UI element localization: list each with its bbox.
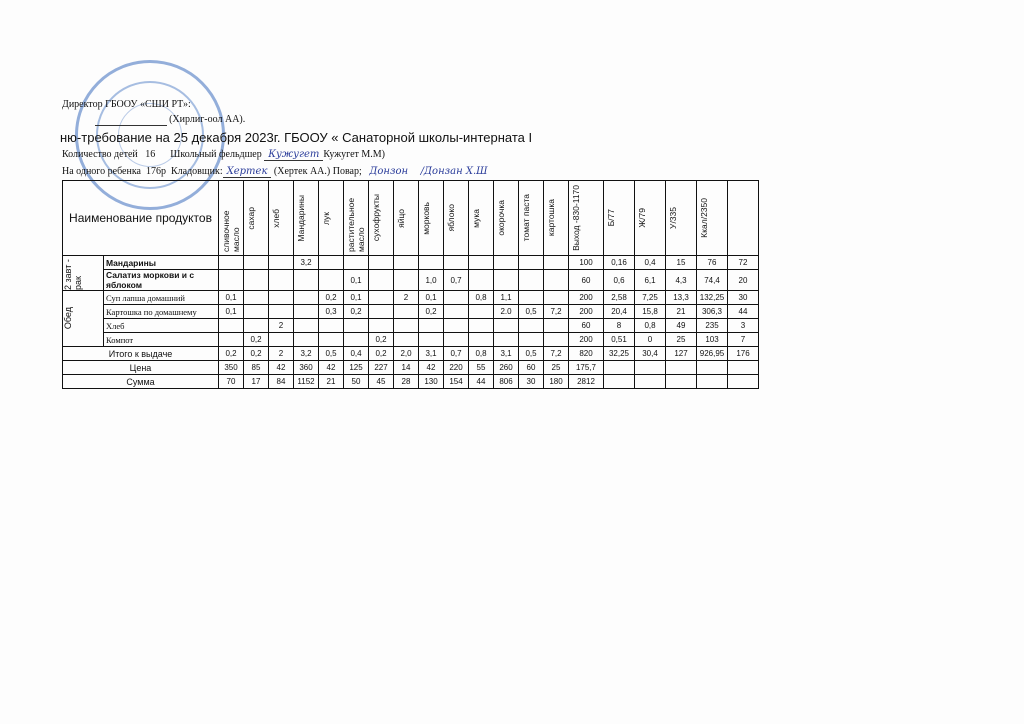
- column-header-label: окорочка: [496, 197, 506, 239]
- column-header: растительное масло: [344, 181, 369, 256]
- dish-name: Мандарины: [104, 256, 219, 270]
- cell-value: [369, 256, 394, 270]
- cell-value: [519, 319, 544, 333]
- cell-value: [244, 319, 269, 333]
- cell-value: [319, 333, 344, 347]
- cell-value: [469, 333, 494, 347]
- cell-value: 13,3: [666, 291, 697, 305]
- cell-value: 3,1: [419, 347, 444, 361]
- cell-value: 175,7: [569, 361, 604, 375]
- cell-value: 21: [666, 305, 697, 319]
- cell-value: 7,2: [544, 305, 569, 319]
- cell-value: 154: [444, 375, 469, 389]
- cell-value: [294, 270, 319, 291]
- column-header-label: томат паста: [521, 191, 531, 244]
- column-header: Выход -830-1170: [569, 181, 604, 256]
- column-header-name: Наименование продуктов: [63, 181, 219, 256]
- cell-value: 1,1: [494, 291, 519, 305]
- director-name: (Хирлиг-оол АА).: [169, 114, 245, 125]
- cell-value: 60: [569, 270, 604, 291]
- cell-value: 132,25: [697, 291, 728, 305]
- column-header-label: яйцо: [396, 206, 406, 231]
- cell-value: [344, 256, 369, 270]
- cell-value: 180: [544, 375, 569, 389]
- cell-value: 360: [294, 361, 319, 375]
- cell-value: 7,2: [544, 347, 569, 361]
- cell-value: [494, 319, 519, 333]
- cell-value: 21: [319, 375, 344, 389]
- cell-value: [519, 333, 544, 347]
- cell-value: [294, 291, 319, 305]
- cell-value: 0,6: [604, 270, 635, 291]
- cell-value: 4,3: [666, 270, 697, 291]
- totals-label: Сумма: [63, 375, 219, 389]
- cell-value: 49: [666, 319, 697, 333]
- cell-value: 3,2: [294, 347, 319, 361]
- cell-value: 14: [394, 361, 419, 375]
- cell-value: 125: [344, 361, 369, 375]
- column-header: Ж/79: [635, 181, 666, 256]
- medic-label: Школьный фельдшер: [170, 149, 261, 160]
- cell-value: [269, 270, 294, 291]
- cell-value: 127: [666, 347, 697, 361]
- column-header: морковь: [419, 181, 444, 256]
- dish-name: Картошка по домашнему: [104, 305, 219, 319]
- cell-value: 0,1: [219, 291, 244, 305]
- column-header: лук: [319, 181, 344, 256]
- cell-value: 44: [728, 305, 759, 319]
- cell-value: 0,2: [344, 305, 369, 319]
- cell-value: 7: [728, 333, 759, 347]
- cell-value: 100: [569, 256, 604, 270]
- totals-row: Сумма70178411522150452813015444806301802…: [63, 375, 759, 389]
- cell-value: 70: [219, 375, 244, 389]
- cell-value: 2,58: [604, 291, 635, 305]
- cell-value: [444, 256, 469, 270]
- cell-value: [469, 270, 494, 291]
- medic-signature: Кужугет: [264, 149, 323, 161]
- cell-value: 0,16: [604, 256, 635, 270]
- column-header-label: сахар: [246, 204, 256, 233]
- cell-value: 103: [697, 333, 728, 347]
- cell-value: 0,5: [519, 305, 544, 319]
- director-signature-line: (Хирлиг-оол АА).: [95, 114, 245, 126]
- cell-value: 0,2: [369, 347, 394, 361]
- cell-value: [219, 256, 244, 270]
- cell-value: 130: [419, 375, 444, 389]
- cell-value: [319, 256, 344, 270]
- cell-value: 45: [369, 375, 394, 389]
- column-header-label: картошка: [546, 196, 556, 239]
- cell-value: [394, 256, 419, 270]
- children-line: Количество детей 16 Школьный фельдшер Ку…: [62, 149, 385, 161]
- cell-value: [219, 333, 244, 347]
- column-header: У/335: [666, 181, 697, 256]
- cell-value: 200: [569, 291, 604, 305]
- cell-value: [666, 375, 697, 389]
- column-header-label: лук: [321, 209, 331, 228]
- cell-value: [635, 361, 666, 375]
- meal-section-text: 2 завт - рак: [63, 256, 83, 290]
- cell-value: [444, 319, 469, 333]
- children-count: 16: [145, 149, 155, 160]
- cell-value: 176: [728, 347, 759, 361]
- cell-value: 76: [697, 256, 728, 270]
- cell-value: 42: [319, 361, 344, 375]
- cell-value: 0,2: [319, 291, 344, 305]
- storekeeper-name: (Хертек АА.) Повар;: [274, 166, 362, 177]
- column-header-label: сливочное масло: [221, 181, 241, 255]
- dish-name: Суп лапша домашний: [104, 291, 219, 305]
- column-header: хлеб: [269, 181, 294, 256]
- cell-value: 0,1: [219, 305, 244, 319]
- storekeeper-signature: Хертек: [223, 166, 272, 178]
- cell-value: [319, 319, 344, 333]
- column-header: сахар: [244, 181, 269, 256]
- column-header-label: У/335: [668, 204, 678, 232]
- cook-name-signature: /Донзан Х.Ш: [421, 166, 488, 177]
- cell-value: 1152: [294, 375, 319, 389]
- column-header: окорочка: [494, 181, 519, 256]
- cell-value: [544, 319, 569, 333]
- cell-value: 25: [666, 333, 697, 347]
- table-row: ОбедСуп лапша домашний0,10,20,120,10,81,…: [63, 291, 759, 305]
- cell-value: 2,0: [394, 347, 419, 361]
- cell-value: 42: [269, 361, 294, 375]
- per-child-value: 176р: [146, 166, 166, 177]
- cell-value: 20,4: [604, 305, 635, 319]
- cell-value: [519, 256, 544, 270]
- cell-value: 60: [519, 361, 544, 375]
- cell-value: [697, 375, 728, 389]
- cell-value: [394, 319, 419, 333]
- column-header-label: сухофрукты: [371, 191, 381, 244]
- cell-value: [344, 319, 369, 333]
- cell-value: 260: [494, 361, 519, 375]
- cell-value: 0,1: [419, 291, 444, 305]
- director-line: Директор ГБООУ «СШИ РТ»:: [62, 99, 191, 110]
- cell-value: 3,1: [494, 347, 519, 361]
- column-header: картошка: [544, 181, 569, 256]
- column-header: Б/77: [604, 181, 635, 256]
- column-header: Мандарины: [294, 181, 319, 256]
- cell-value: 200: [569, 305, 604, 319]
- director-label: Директор ГБООУ «СШИ РТ»:: [62, 99, 191, 110]
- cell-value: [494, 333, 519, 347]
- cell-value: 85: [244, 361, 269, 375]
- dish-name: Салатиз моркови и с яблоком: [104, 270, 219, 291]
- cell-value: [269, 291, 294, 305]
- column-header: сухофрукты: [369, 181, 394, 256]
- cell-value: 2812: [569, 375, 604, 389]
- table-row: Компот0,20,22000,510251037: [63, 333, 759, 347]
- cell-value: 30: [728, 291, 759, 305]
- cell-value: 6,1: [635, 270, 666, 291]
- cell-value: 32,25: [604, 347, 635, 361]
- cell-value: [369, 305, 394, 319]
- cell-value: 0,5: [319, 347, 344, 361]
- cell-value: 42: [419, 361, 444, 375]
- cell-value: 0,8: [635, 319, 666, 333]
- table-header-row: Наименование продуктов сливочное маслоса…: [63, 181, 759, 256]
- cell-value: [728, 375, 759, 389]
- cell-value: 25: [544, 361, 569, 375]
- cell-value: [244, 305, 269, 319]
- cell-value: [394, 305, 419, 319]
- cell-value: [269, 305, 294, 319]
- cell-value: [394, 270, 419, 291]
- cell-value: 30: [519, 375, 544, 389]
- cell-value: 15: [666, 256, 697, 270]
- cell-value: [544, 270, 569, 291]
- cell-value: 0,4: [344, 347, 369, 361]
- cell-value: [444, 291, 469, 305]
- per-child-label: На одного ребенка: [62, 166, 141, 177]
- totals-label: Цена: [63, 361, 219, 375]
- totals-row: Итого к выдаче0,20,223,20,50,40,22,03,10…: [63, 347, 759, 361]
- cell-value: 3,2: [294, 256, 319, 270]
- cell-value: [244, 291, 269, 305]
- medic-name: Кужугет М.М): [323, 149, 385, 160]
- cell-value: 0: [635, 333, 666, 347]
- table-row: Картошка по домашнему0,10,30,20,22.00,57…: [63, 305, 759, 319]
- cell-value: 227: [369, 361, 394, 375]
- cell-value: 350: [219, 361, 244, 375]
- cell-value: 2.0: [494, 305, 519, 319]
- dish-name: Компот: [104, 333, 219, 347]
- document-title: ню-требование на 25 декабря 2023г. ГБООУ…: [60, 130, 532, 145]
- cell-value: 220: [444, 361, 469, 375]
- cell-value: 72: [728, 256, 759, 270]
- column-header-label: морковь: [421, 199, 431, 238]
- cell-value: 0,4: [635, 256, 666, 270]
- cell-value: [604, 361, 635, 375]
- cell-value: 30,4: [635, 347, 666, 361]
- cell-value: [544, 333, 569, 347]
- cell-value: [444, 305, 469, 319]
- cell-value: 235: [697, 319, 728, 333]
- cell-value: [294, 305, 319, 319]
- cell-value: [469, 256, 494, 270]
- totals-label: Итого к выдаче: [63, 347, 219, 361]
- cell-value: [244, 270, 269, 291]
- cell-value: 0,7: [444, 347, 469, 361]
- column-header: яйцо: [394, 181, 419, 256]
- meal-section-label: 2 завт - рак: [63, 256, 104, 291]
- storekeeper-label: Кладовщик:: [171, 166, 223, 177]
- cell-value: 0,2: [244, 333, 269, 347]
- cell-value: 20: [728, 270, 759, 291]
- column-header-label: Выход -830-1170: [571, 182, 581, 254]
- dish-name: Хлеб: [104, 319, 219, 333]
- cell-value: 0,3: [319, 305, 344, 319]
- cell-value: [219, 270, 244, 291]
- cell-value: 0,2: [219, 347, 244, 361]
- food-requirement-table: Наименование продуктов сливочное маслоса…: [62, 180, 759, 389]
- cell-value: [604, 375, 635, 389]
- column-header-label: Б/77: [606, 206, 616, 229]
- cell-value: [244, 256, 269, 270]
- column-header-label: Ккал/2350: [699, 195, 709, 241]
- column-header: томат паста: [519, 181, 544, 256]
- column-header-label: Ж/79: [637, 205, 647, 231]
- cell-value: [469, 319, 494, 333]
- cell-value: 28: [394, 375, 419, 389]
- cell-value: [469, 305, 494, 319]
- column-header-label: растительное масло: [346, 181, 366, 255]
- cell-value: 806: [494, 375, 519, 389]
- cell-value: [544, 256, 569, 270]
- column-header-label: мука: [471, 206, 481, 231]
- cell-value: [494, 270, 519, 291]
- cell-value: [269, 256, 294, 270]
- cell-value: 50: [344, 375, 369, 389]
- column-header: Ккал/2350: [697, 181, 728, 256]
- cell-value: [728, 361, 759, 375]
- column-header-label: яблоко: [446, 201, 456, 234]
- table-row: Хлеб26080,8492353: [63, 319, 759, 333]
- cell-value: 0,1: [344, 270, 369, 291]
- cell-value: 15,8: [635, 305, 666, 319]
- cell-value: [494, 256, 519, 270]
- cell-value: 8: [604, 319, 635, 333]
- cell-value: [635, 375, 666, 389]
- column-header-label: хлеб: [271, 206, 281, 231]
- cell-value: 2: [269, 319, 294, 333]
- table-row: Салатиз моркови и с яблоком0,11,00,7600,…: [63, 270, 759, 291]
- cell-value: 0,2: [419, 305, 444, 319]
- column-header: яблоко: [444, 181, 469, 256]
- cell-value: 3: [728, 319, 759, 333]
- cell-value: [666, 361, 697, 375]
- cell-value: [294, 333, 319, 347]
- cell-value: [544, 291, 569, 305]
- cell-value: [319, 270, 344, 291]
- cell-value: 0,51: [604, 333, 635, 347]
- cell-value: 74,4: [697, 270, 728, 291]
- cell-value: 84: [269, 375, 294, 389]
- cell-value: 0,1: [344, 291, 369, 305]
- cell-value: 0,2: [244, 347, 269, 361]
- cell-value: 0,7: [444, 270, 469, 291]
- cell-value: [419, 256, 444, 270]
- children-label: Количество детей: [62, 149, 138, 160]
- cell-value: 820: [569, 347, 604, 361]
- cell-value: [519, 270, 544, 291]
- cell-value: [519, 291, 544, 305]
- cell-value: 1,0: [419, 270, 444, 291]
- cell-value: [369, 291, 394, 305]
- cell-value: [444, 333, 469, 347]
- cell-value: [369, 270, 394, 291]
- cell-value: 0,2: [369, 333, 394, 347]
- column-header: мука: [469, 181, 494, 256]
- cell-value: 7,25: [635, 291, 666, 305]
- cell-value: 2: [269, 347, 294, 361]
- column-header-label: Мандарины: [296, 192, 306, 245]
- cell-value: 60: [569, 319, 604, 333]
- cell-value: 926,95: [697, 347, 728, 361]
- cell-value: [419, 319, 444, 333]
- column-header: [728, 181, 759, 256]
- meal-section-label: Обед: [63, 291, 104, 347]
- meal-section-text: Обед: [63, 307, 73, 329]
- cell-value: [344, 333, 369, 347]
- cook-signature: Донзон: [369, 166, 408, 177]
- table-row: 2 завт - ракМандарины3,21000,160,4157672: [63, 256, 759, 270]
- cell-value: [394, 333, 419, 347]
- column-header: сливочное масло: [219, 181, 244, 256]
- director-signature: [95, 114, 167, 126]
- cell-value: [219, 319, 244, 333]
- cell-value: 44: [469, 375, 494, 389]
- cell-value: 306,3: [697, 305, 728, 319]
- cell-value: 0,8: [469, 347, 494, 361]
- cell-value: 0,8: [469, 291, 494, 305]
- per-child-line: На одного ребенка 176р Кладовщик:Хертек …: [62, 166, 488, 178]
- cell-value: 55: [469, 361, 494, 375]
- cell-value: [269, 333, 294, 347]
- cell-value: 0,5: [519, 347, 544, 361]
- cell-value: [419, 333, 444, 347]
- cell-value: 17: [244, 375, 269, 389]
- cell-value: 200: [569, 333, 604, 347]
- totals-row: Цена350854236042125227144222055260602517…: [63, 361, 759, 375]
- cell-value: [294, 319, 319, 333]
- cell-value: [369, 319, 394, 333]
- cell-value: 2: [394, 291, 419, 305]
- cell-value: [697, 361, 728, 375]
